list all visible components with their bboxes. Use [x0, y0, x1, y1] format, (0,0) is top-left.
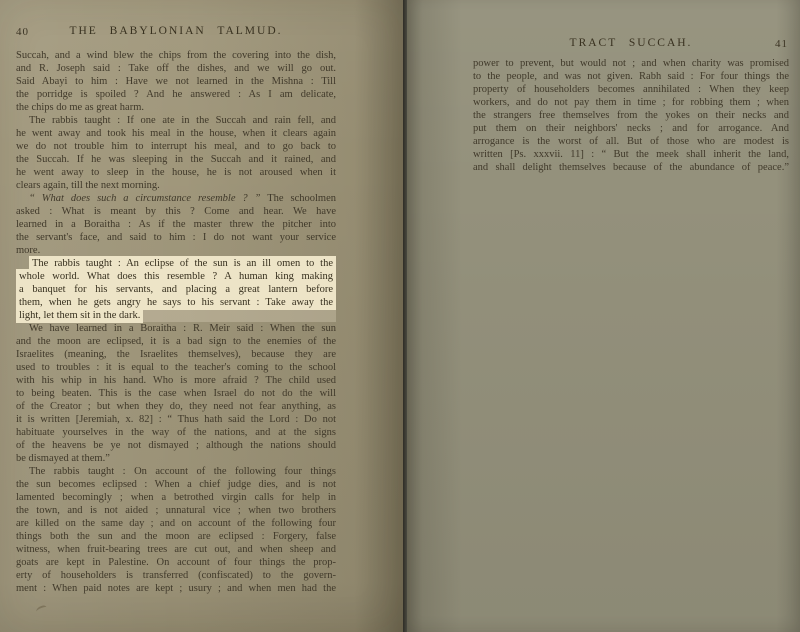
- text-line: used to troubles : it is equal to the te…: [16, 361, 336, 374]
- text-run: learned in a Boraitha : As if the master…: [16, 219, 336, 230]
- text-run: we do not trouble him to interrupt his m…: [16, 141, 336, 152]
- text-run: with his whip in his hand. Who is more a…: [16, 375, 336, 386]
- text-line: power to prevent, but would not ; and wh…: [473, 57, 789, 70]
- text-line: the strangers free themselves from the y…: [473, 109, 789, 122]
- text-line: property of householders becomes annihil…: [473, 83, 789, 96]
- text-run: property of householders becomes annihil…: [473, 84, 789, 95]
- text-line: of the heavens be ye not dismayed ; alth…: [16, 439, 336, 452]
- text-run: asked : What is meant by this ? Come and…: [16, 206, 336, 217]
- text-run: The rabbis taught : If one ate in the Su…: [29, 115, 336, 126]
- text-line: the chips do me as great harm.: [16, 101, 336, 114]
- text-line: the Succah. If he was sleeping in the Su…: [16, 153, 336, 166]
- text-run: Israelites (meaning, the Israelites them…: [16, 349, 336, 360]
- text-run: and R. Joseph said : Take off the dishes…: [16, 63, 336, 74]
- book-scan: 40 THE BABYLONIAN TALMUD. Succah, and a …: [0, 0, 800, 632]
- text-run: Succah, and a wind blew the chips from t…: [16, 50, 336, 61]
- text-run: more.: [16, 245, 40, 256]
- text-run: used to troubles : it is equal to the te…: [16, 362, 336, 373]
- text-run: the town, and is not aided ; unnatural v…: [16, 505, 336, 516]
- text-line: Said Abayi to him : Have we not learned …: [16, 75, 336, 88]
- text-line: ment : When paid notes are kept ; usury …: [16, 582, 336, 595]
- running-header-left: THE BABYLONIAN TALMUD.: [16, 25, 336, 37]
- text-line: he went away to sleep in the house, he i…: [16, 166, 336, 179]
- text-line: Israelites (meaning, the Israelites them…: [16, 348, 336, 361]
- text-line: of the Creator ; but when they do, they …: [16, 400, 336, 413]
- text-run: witness, when fruit-bearing trees are cu…: [16, 544, 336, 555]
- text-line: habituate yourselves in the way of the n…: [16, 426, 336, 439]
- text-line: The rabbis taught : On account of the fo…: [16, 465, 336, 478]
- running-header-right: TRACT SUCCAH.: [473, 37, 789, 49]
- text-run: “ What does such a circumstance resemble…: [29, 193, 336, 204]
- text-run: he went away and took his meal in the ho…: [16, 128, 336, 139]
- left-page: 40 THE BABYLONIAN TALMUD. Succah, and a …: [0, 0, 403, 632]
- text-line: the servant's face, and said to him : I …: [16, 231, 336, 244]
- text-run: be dismayed at them.”: [16, 453, 110, 464]
- text-line: erty of householders is transferred (con…: [16, 569, 336, 582]
- text-line: the town, and is not aided ; unnatural v…: [16, 504, 336, 517]
- text-line: with his whip in his hand. Who is more a…: [16, 374, 336, 387]
- text-run: things both the sun and the moon are ecl…: [16, 531, 336, 542]
- text-line: Succah, and a wind blew the chips from t…: [16, 49, 336, 62]
- text-run: the Succah. If he was sleeping in the Su…: [16, 154, 336, 165]
- text-line: it is written [Jeremiah, x. 82] : “ Thus…: [16, 413, 336, 426]
- text-run: workers, and do not pay them in time ; f…: [473, 97, 789, 108]
- text-run: the servant's face, and said to him : I …: [16, 232, 336, 243]
- text-line: “ What does such a circumstance resemble…: [16, 192, 336, 205]
- text-line: written [Ps. xxxvii. 11] : “ But the mee…: [473, 148, 789, 161]
- text-run: clears again, till the next morning.: [16, 180, 160, 191]
- text-run: to the people, and was not given. Rabh s…: [473, 71, 789, 82]
- text-line: be dismayed at them.”: [16, 452, 336, 465]
- text-line: We have learned in a Boraitha : R. Meir …: [16, 322, 336, 335]
- text-run: the strangers free themselves from the y…: [473, 110, 789, 121]
- text-line: witness, when fruit-bearing trees are cu…: [16, 543, 336, 556]
- text-run: lamented becomingly ; when a betrothed v…: [16, 492, 336, 503]
- text-line: The rabbis taught : If one ate in the Su…: [16, 114, 336, 127]
- text-line: to being beaten. This is the case when I…: [16, 387, 336, 400]
- text-line: things both the sun and the moon are ecl…: [16, 530, 336, 543]
- text-run: the chips do me as great harm.: [16, 102, 144, 113]
- text-run: are killed on the same day ; and on acco…: [16, 518, 336, 529]
- text-run: and the moon are eclipsed, it is a bad s…: [16, 336, 336, 347]
- text-run: written [Ps. xxxvii. 11] : “ But the mee…: [473, 149, 789, 160]
- page-number-right: 41: [775, 38, 788, 50]
- text-line: workers, and do not pay them in time ; f…: [473, 96, 789, 109]
- text-line: arrogance is the worst of all. But of th…: [473, 135, 789, 148]
- text-line: goats are kept in Palestine. On account …: [16, 556, 336, 569]
- text-run: goats are kept in Palestine. On account …: [16, 557, 336, 568]
- text-run: the sun becomes eclipsed : When a chief …: [16, 479, 336, 490]
- text-line: he went away and took his meal in the ho…: [16, 127, 336, 140]
- text-run: the porridge is spoiled ? And he answere…: [16, 89, 336, 100]
- text-line: light, let them sit in the dark.: [16, 309, 336, 322]
- text-line: and the moon are eclipsed, it is a bad s…: [16, 335, 336, 348]
- text-run: The rabbis taught : On account of the fo…: [29, 466, 336, 477]
- text-run: arrogance is the worst of all. But of th…: [473, 136, 789, 147]
- text-line: asked : What is meant by this ? Come and…: [16, 205, 336, 218]
- text-line: and R. Joseph said : Take off the dishes…: [16, 62, 336, 75]
- text-line: learned in a Boraitha : As if the master…: [16, 218, 336, 231]
- pen-mark: [35, 604, 48, 614]
- text-line: clears again, till the next morning.: [16, 179, 336, 192]
- text-run: habituate yourselves in the way of the n…: [16, 427, 336, 438]
- text-line: the porridge is spoiled ? And he answere…: [16, 88, 336, 101]
- text-line: we do not trouble him to interrupt his m…: [16, 140, 336, 153]
- text-run: We have learned in a Boraitha : R. Meir …: [29, 323, 336, 334]
- italic-text: “ What does such a circumstance resemble…: [29, 193, 260, 204]
- text-run: power to prevent, but would not ; and wh…: [473, 58, 789, 69]
- text-line: and shall delight themselves because of …: [473, 161, 789, 174]
- text-line: put them on their neighbors' necks ; and…: [473, 122, 789, 135]
- text-run: erty of householders is transferred (con…: [16, 570, 336, 581]
- text-run: of the Creator ; but when they do, they …: [16, 401, 336, 412]
- page-body-right: power to prevent, but would not ; and wh…: [473, 57, 789, 174]
- text-line: to the people, and was not given. Rabh s…: [473, 70, 789, 83]
- text-run: ment : When paid notes are kept ; usury …: [16, 583, 336, 594]
- text-run: and shall delight themselves because of …: [473, 162, 789, 173]
- text-line: lamented becomingly ; when a betrothed v…: [16, 491, 336, 504]
- page-body-left: Succah, and a wind blew the chips from t…: [16, 49, 336, 595]
- text-run: to being beaten. This is the case when I…: [16, 388, 336, 399]
- text-run: put them on their neighbors' necks ; and…: [473, 123, 789, 134]
- text-run: Said Abayi to him : Have we not learned …: [16, 76, 336, 87]
- text-run: it is written [Jeremiah, x. 82] : “ Thus…: [16, 414, 336, 425]
- text-run: of the heavens be ye not dismayed ; alth…: [16, 440, 336, 451]
- text-run: he went away to sleep in the house, he i…: [16, 167, 336, 178]
- text-line: the sun becomes eclipsed : When a chief …: [16, 478, 336, 491]
- right-page: TRACT SUCCAH. 41 power to prevent, but w…: [407, 0, 800, 632]
- highlighted-text: light, let them sit in the dark.: [16, 308, 143, 323]
- text-line: are killed on the same day ; and on acco…: [16, 517, 336, 530]
